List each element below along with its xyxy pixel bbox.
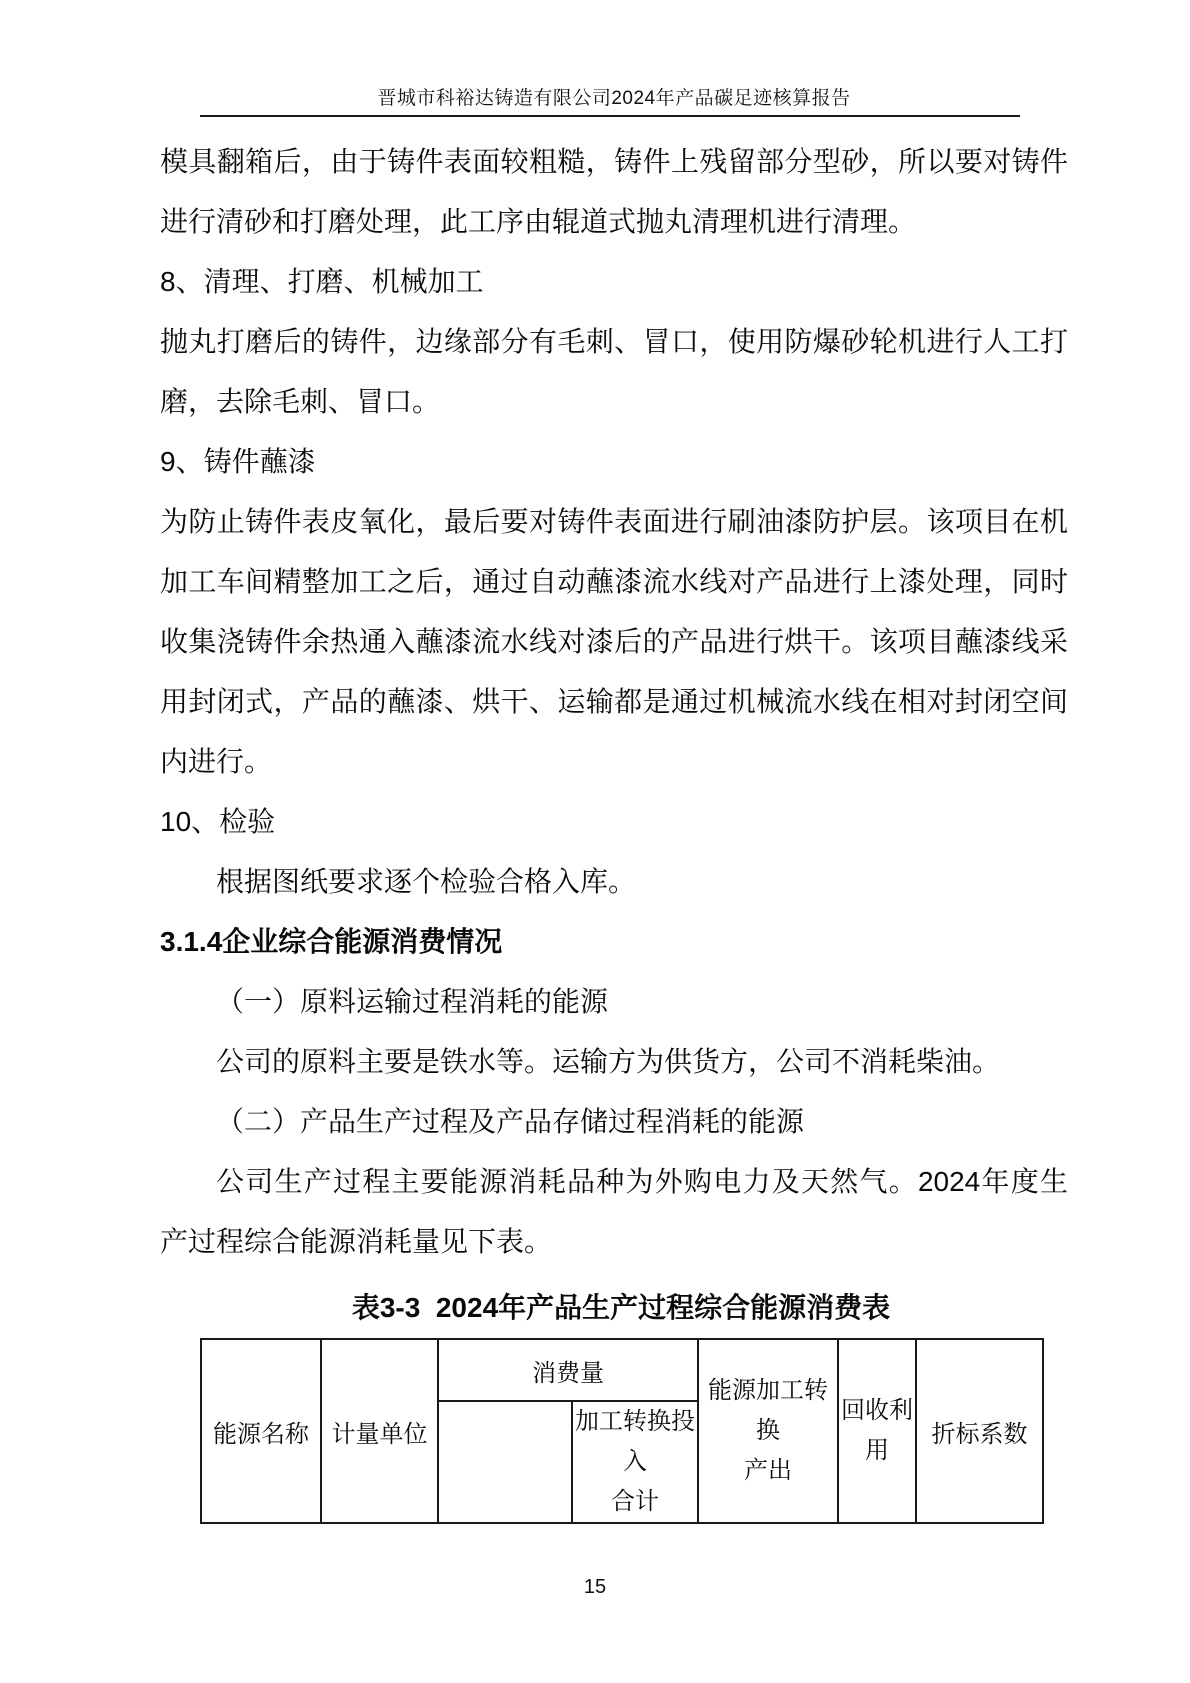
header-cell-unit: 计量单位 <box>321 1339 438 1523</box>
list-heading-10: 10、检验 <box>160 792 1068 852</box>
list-heading-9: 9、铸件蘸漆 <box>160 432 1068 492</box>
header-cell-energy-name: 能源名称 <box>201 1339 321 1523</box>
section-heading-3-1-4: 3.1.4企业综合能源消费情况 <box>160 912 1068 972</box>
sub-heading-1: （一）原料运输过程消耗的能源 <box>160 972 1068 1032</box>
sub-heading-2: （二）产品生产过程及产品存储过程消耗的能源 <box>160 1092 1068 1152</box>
header-cell-consumption: 消费量 <box>438 1339 698 1401</box>
report-header-title: 晋城市科裕达铸造有限公司2024年产品碳足迹核算报告 <box>160 86 1068 112</box>
body-line: 根据图纸要求逐个检验合格入库。 <box>160 852 1068 912</box>
body-line: 模具翻箱后，由于铸件表面较粗糙，铸件上残留部分型砂，所以要对铸件 <box>160 132 1068 192</box>
header-cell-recycling: 回收利 用 <box>838 1339 916 1523</box>
body-line: 为防止铸件表皮氧化，最后要对铸件表面进行刷油漆防护层。该项目在机 <box>160 492 1068 552</box>
body-line: 加工车间精整加工之后，通过自动蘸漆流水线对产品进行上漆处理，同时 <box>160 552 1068 612</box>
table-title: 表3-3 2024年产品生产过程综合能源消费表 <box>200 1290 1042 1326</box>
document-page: 晋城市科裕达铸造有限公司2024年产品碳足迹核算报告 模具翻箱后，由于铸件表面较… <box>0 0 1190 1683</box>
body-line: 磨，去除毛刺、冒口。 <box>160 372 1068 432</box>
body-text: 模具翻箱后，由于铸件表面较粗糙，铸件上残留部分型砂，所以要对铸件 进行清砂和打磨… <box>160 132 1068 1272</box>
header-cell-consumption-total: 加工转换投入 合计 <box>572 1401 698 1523</box>
body-line: 公司的原料主要是铁水等。运输方为供货方，公司不消耗柴油。 <box>160 1032 1068 1092</box>
energy-consumption-table: 能源名称 计量单位 消费量 能源加工转换 产出 回收利 用 折标系数 加工转换投… <box>200 1338 1044 1524</box>
header-cell-conversion-output: 能源加工转换 产出 <box>698 1339 838 1523</box>
body-line: 内进行。 <box>160 732 1068 792</box>
body-line: 收集浇铸件余热通入蘸漆流水线对漆后的产品进行烘干。该项目蘸漆线采 <box>160 612 1068 672</box>
body-line: 公司生产过程主要能源消耗品种为外购电力及天然气。2024年度生 <box>160 1152 1068 1212</box>
header-cell-std-coal-coefficient: 折标系数 <box>916 1339 1043 1523</box>
page-number: 15 <box>0 1576 1190 1599</box>
body-line: 产过程综合能源消耗量见下表。 <box>160 1212 1068 1272</box>
body-line: 用封闭式，产品的蘸漆、烘干、运输都是通过机械流水线在相对封闭空间 <box>160 672 1068 732</box>
header-rule <box>200 115 1020 117</box>
header-cell-consumption-blank <box>438 1401 572 1523</box>
body-line: 抛丸打磨后的铸件，边缘部分有毛刺、冒口，使用防爆砂轮机进行人工打 <box>160 312 1068 372</box>
body-line: 进行清砂和打磨处理，此工序由辊道式抛丸清理机进行清理。 <box>160 192 1068 252</box>
list-heading-8: 8、清理、打磨、机械加工 <box>160 252 1068 312</box>
